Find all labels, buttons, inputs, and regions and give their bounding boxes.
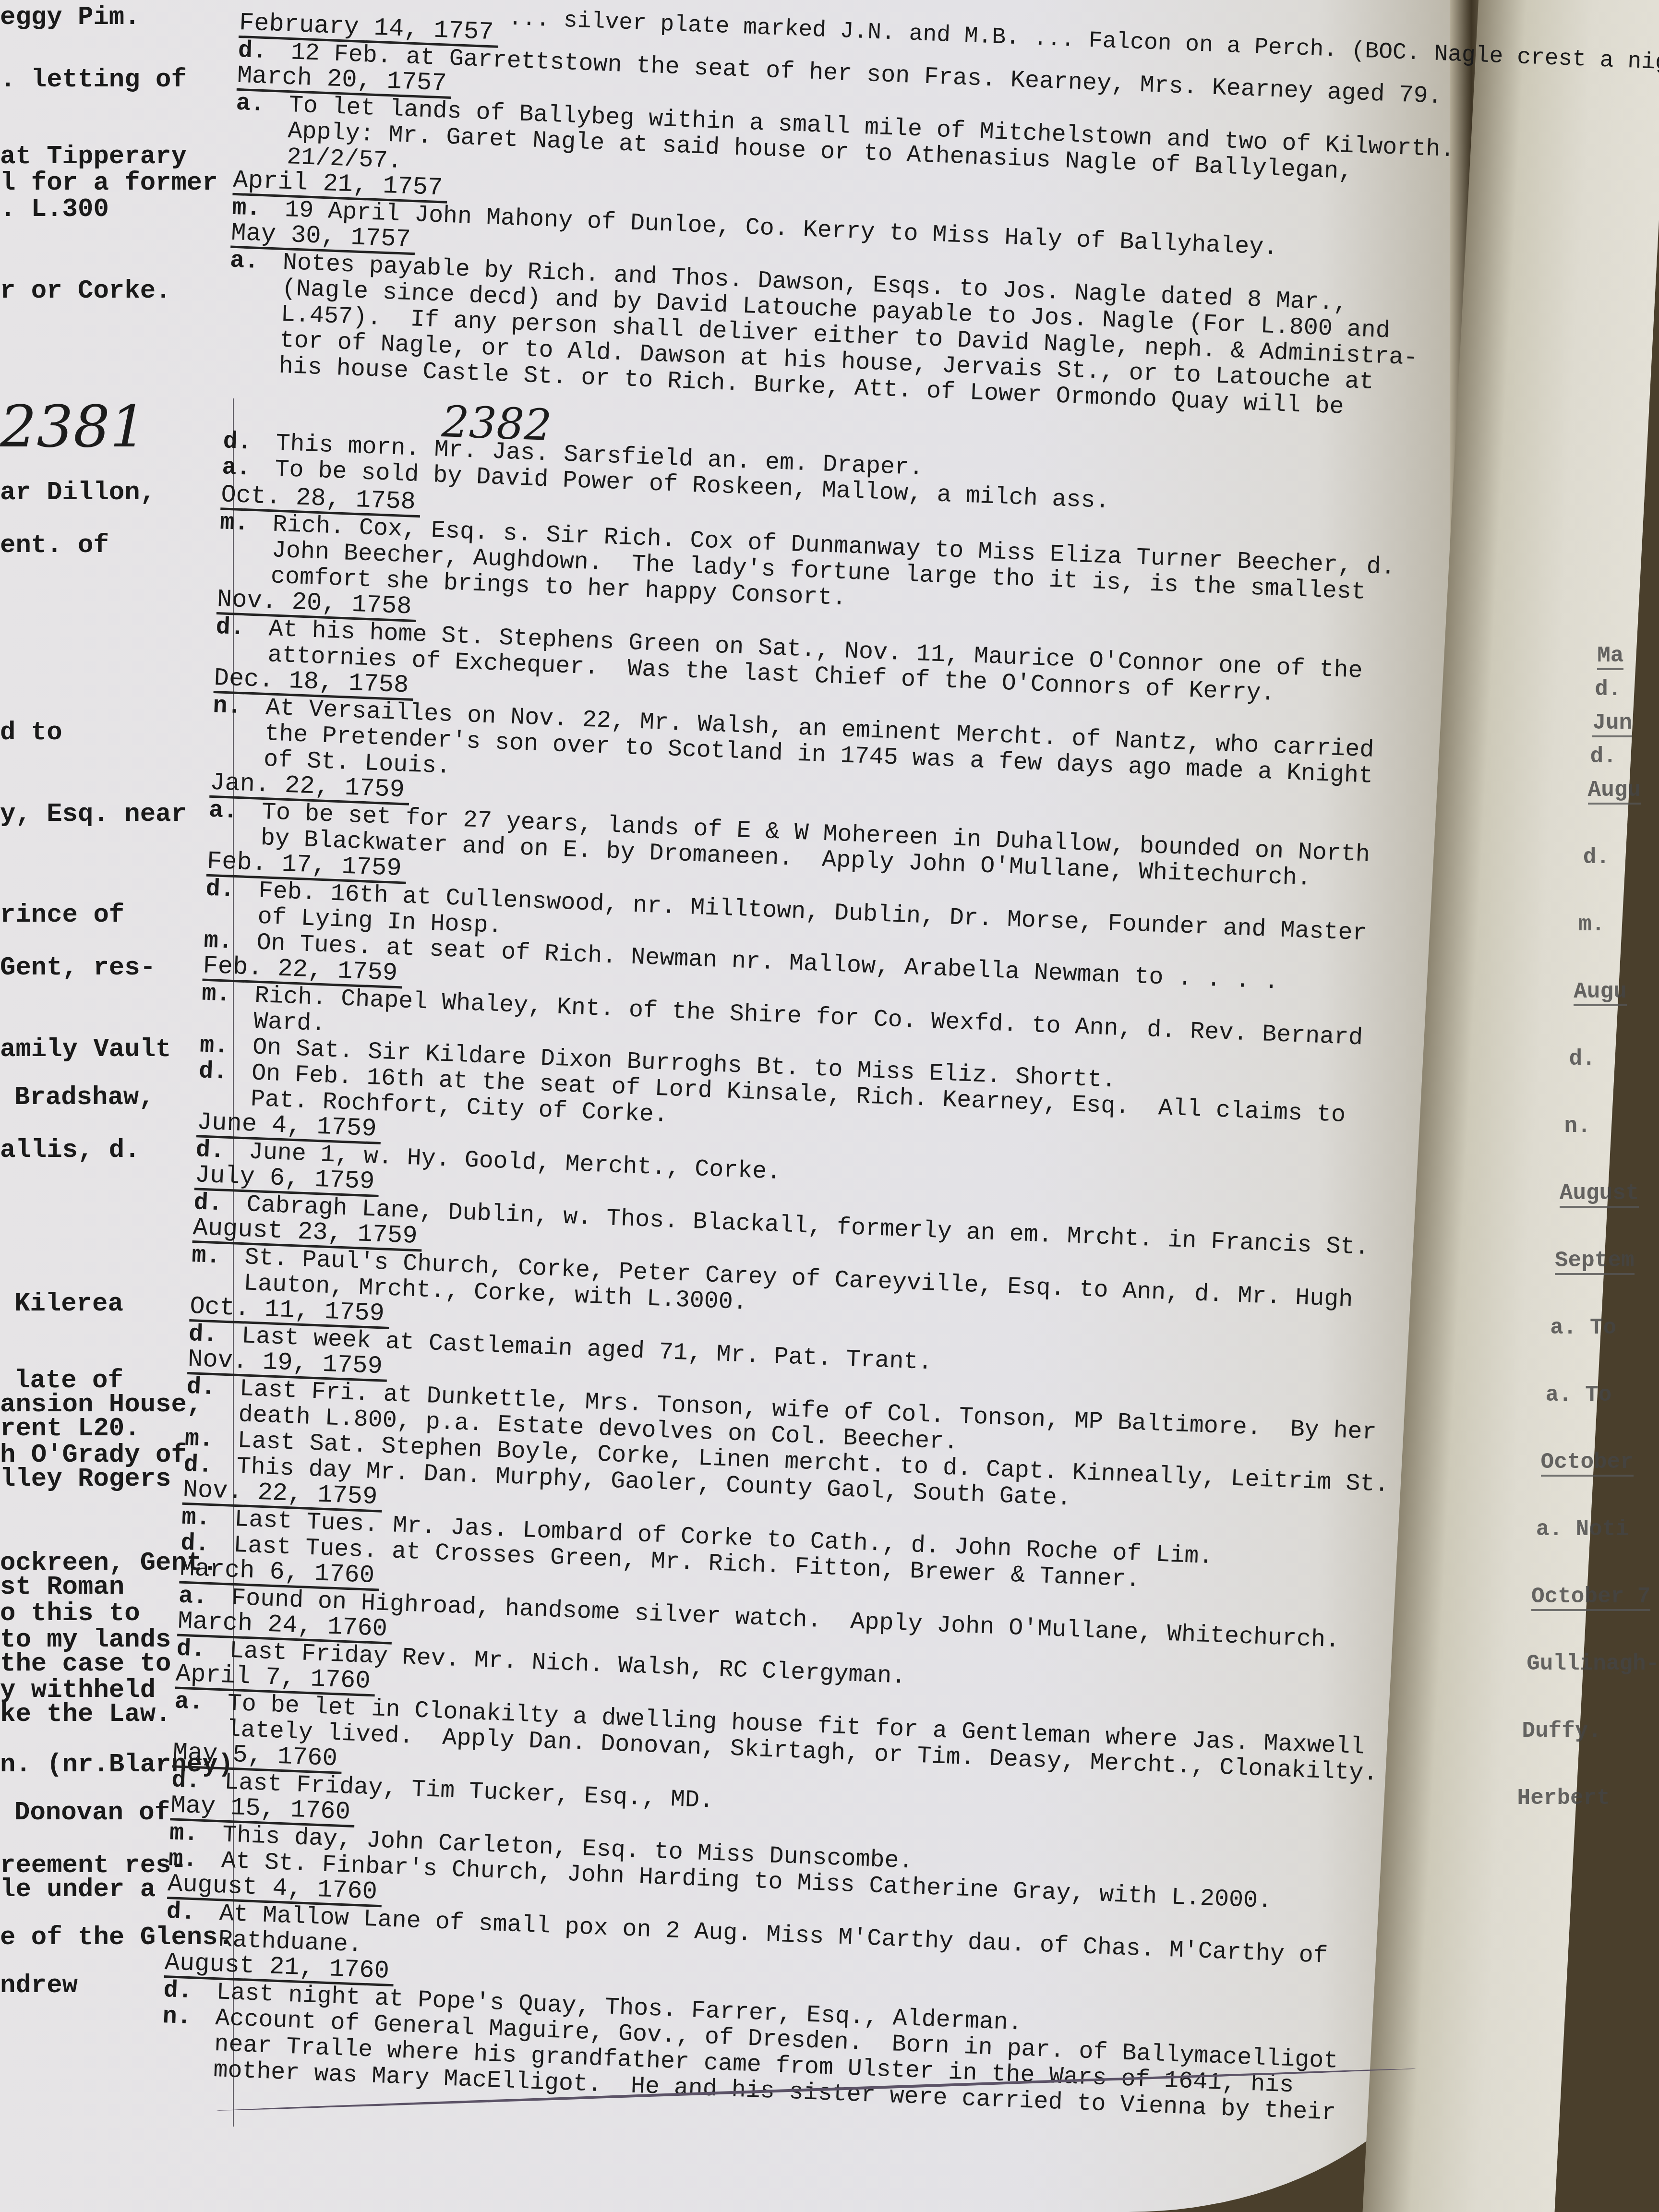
entry-type-code: d.	[215, 614, 269, 668]
entry-type-code: a.	[207, 798, 262, 852]
left-fragment-line: allis, d.	[0, 1138, 140, 1164]
entry-type-code: d.	[204, 877, 259, 930]
left-fragment-line: ar Dillon,	[0, 480, 156, 506]
right-page-text-fragment: d.	[1595, 677, 1621, 702]
left-fragment-line: lley Rogers	[0, 1467, 171, 1492]
left-fragment-line: st Roman	[0, 1575, 124, 1600]
left-fragment-line: l for a former	[0, 170, 218, 196]
left-fragment-line: . L.300	[0, 197, 109, 223]
left-fragment-line: rent L20.	[0, 1416, 140, 1442]
left-fragment-line: Kilerea	[14, 1291, 123, 1317]
entry-type-code: m.	[190, 1243, 245, 1297]
right-page-date-fragment: Augu	[1574, 979, 1626, 1006]
right-page-date-fragment: August	[1560, 1181, 1639, 1208]
left-fragment-line: r or Corke.	[0, 278, 171, 304]
right-page-date-fragment: October	[1541, 1450, 1634, 1477]
left-fragment-line: o this to	[0, 1601, 140, 1627]
right-page-text-fragment: a. Noti	[1536, 1517, 1629, 1542]
entry-type-code: d.	[223, 429, 276, 457]
entry-type-code: a.	[226, 248, 283, 380]
entry-type-code: d.	[163, 1978, 217, 2006]
entry-type-code: m.	[169, 1820, 223, 1848]
entry-type-code: d.	[165, 1899, 220, 1953]
handwritten-page-number-left: 2381	[0, 394, 146, 460]
right-page-text-fragment: Gullinagh-	[1527, 1651, 1659, 1676]
left-fragment-line: Donovan of	[14, 1800, 170, 1826]
right-page-text-fragment: d.	[1590, 744, 1617, 769]
main-column: ... silver plate marked J.N. and M.B. ..…	[159, 0, 1463, 2158]
left-fragment-line: ke the Law.	[0, 1702, 171, 1728]
right-page-date-fragment: October 7	[1531, 1584, 1650, 1611]
right-page-text-fragment: Herbert	[1517, 1786, 1610, 1811]
right-page-date-fragment: Augu	[1588, 778, 1641, 805]
right-page-text-fragment: m.	[1578, 912, 1605, 937]
entry-type-code: m.	[199, 1033, 253, 1060]
left-fragment-line: le under a	[0, 1877, 156, 1903]
entry-type-code: n.	[160, 2004, 216, 2083]
right-page-text-fragment: d.	[1569, 1046, 1595, 1071]
entry-type-code: m.	[217, 510, 273, 589]
entry-type-code: a.	[222, 455, 276, 482]
entry-type-code: d.	[197, 1058, 252, 1112]
right-page-text-fragment: Duffy.	[1522, 1719, 1601, 1743]
left-fragment-line: y, Esq. near	[0, 802, 187, 828]
right-page-text-fragment: a. To	[1550, 1315, 1616, 1340]
left-fragment-line: ndrew	[0, 1973, 78, 1999]
entry-type-code: m.	[184, 1426, 238, 1454]
entry-type-code: m.	[181, 1505, 235, 1533]
right-page-text-fragment: d.	[1583, 845, 1610, 870]
right-page-text-fragment: a. To	[1545, 1382, 1611, 1407]
left-fragment-line: Bradshaw,	[14, 1085, 155, 1111]
left-fragment-line: Gent, res-	[0, 955, 156, 981]
entry-type-code: n.	[210, 693, 266, 773]
entry-text: Notes payable by Rich. and Thos. Dawson,…	[278, 250, 1454, 424]
left-fragment-line: d to	[0, 720, 62, 746]
left-fragment-line: at Tipperary	[0, 144, 187, 170]
right-page-date-fragment: Septem	[1555, 1248, 1635, 1275]
entry-item: a.Notes payable by Rich. and Thos. Dawso…	[226, 248, 1454, 425]
right-page-date-fragment: Jun	[1592, 710, 1632, 737]
entry-type-code: a.	[173, 1689, 228, 1743]
left-fragment-line: . letting of	[0, 67, 187, 93]
entry-type-code: a.	[234, 91, 289, 170]
right-page-date-fragment: Ma	[1597, 643, 1623, 670]
left-fragment-line: eggy Pim.	[0, 5, 140, 31]
left-fragment-line: amily Vault	[0, 1037, 171, 1063]
left-fragment-line: rince of	[0, 902, 124, 928]
left-fragment-line: ent. of	[0, 533, 109, 559]
left-fragment-line: the case to	[0, 1651, 171, 1677]
entry-type-code: m.	[200, 981, 255, 1034]
right-page-text-fragment: n.	[1564, 1114, 1591, 1139]
entry-type-code: d.	[185, 1374, 240, 1428]
